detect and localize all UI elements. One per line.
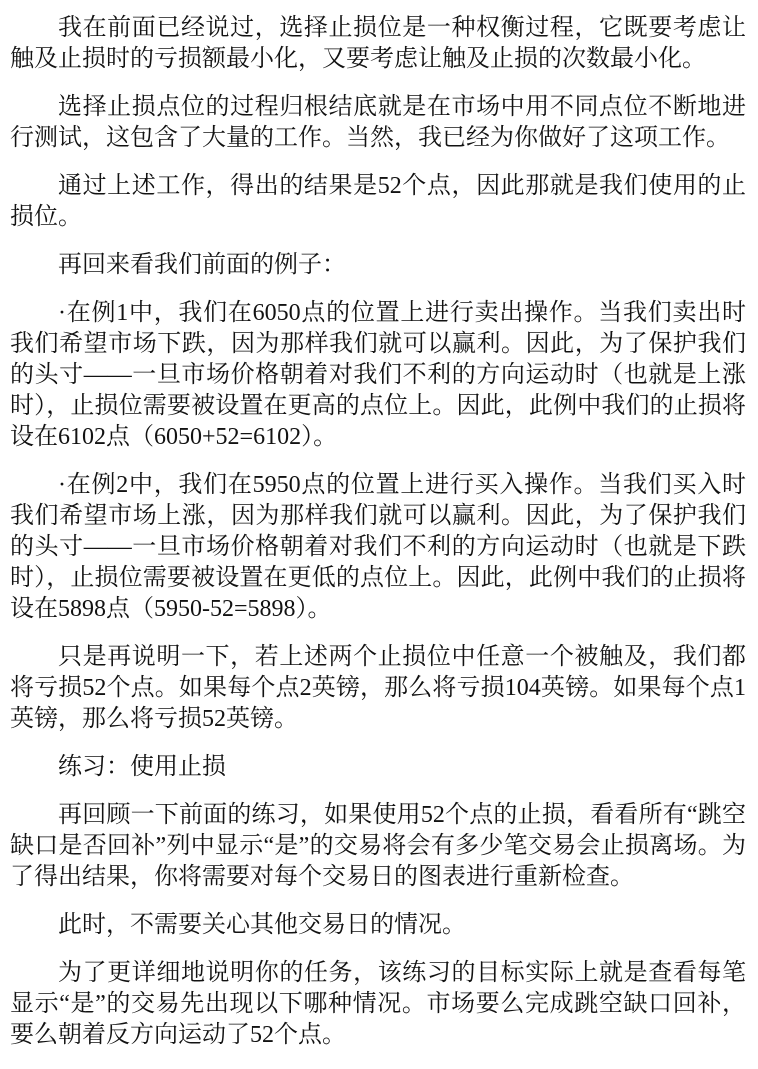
paragraph-loss-amount: 只是再说明一下，若上述两个止损位中任意一个被触及，我们都将亏损52个点。如果每个… <box>10 642 746 735</box>
paragraph-result-52-points: 通过上述工作，得出的结果是52个点，因此那就是我们使用的止损位。 <box>10 171 746 233</box>
paragraph-testing-process: 选择止损点位的过程归根结底就是在市场中用不同点位不断地进行测试，这包含了大量的工… <box>10 92 746 154</box>
paragraph-stop-loss-tradeoff: 我在前面已经说过，选择止损位是一种权衡过程，它既要考虑让触及止损时的亏损额最小化… <box>10 13 746 75</box>
paragraph-task-detail: 为了更详细地说明你的任务，该练习的目标实际上就是查看每笔显示“是”的交易先出现以… <box>10 958 746 1051</box>
paragraph-exercise-review: 再回顾一下前面的练习，如果使用52个点的止损，看看所有“跳空缺口是否回补”列中显… <box>10 800 746 893</box>
paragraph-ignore-other-days: 此时，不需要关心其他交易日的情况。 <box>10 910 746 941</box>
document-page: 我在前面已经说过，选择止损位是一种权衡过程，它既要考虑让触及止损时的亏损额最小化… <box>0 0 758 1069</box>
exercise-heading: 练习：使用止损 <box>10 752 746 783</box>
paragraph-back-to-examples: 再回来看我们前面的例子： <box>10 250 746 281</box>
paragraph-example-1-sell: ·在例1中，我们在6050点的位置上进行卖出操作。当我们卖出时我们希望市场下跌，… <box>10 298 746 453</box>
paragraph-example-2-buy: ·在例2中，我们在5950点的位置上进行买入操作。当我们买入时我们希望市场上涨，… <box>10 470 746 625</box>
